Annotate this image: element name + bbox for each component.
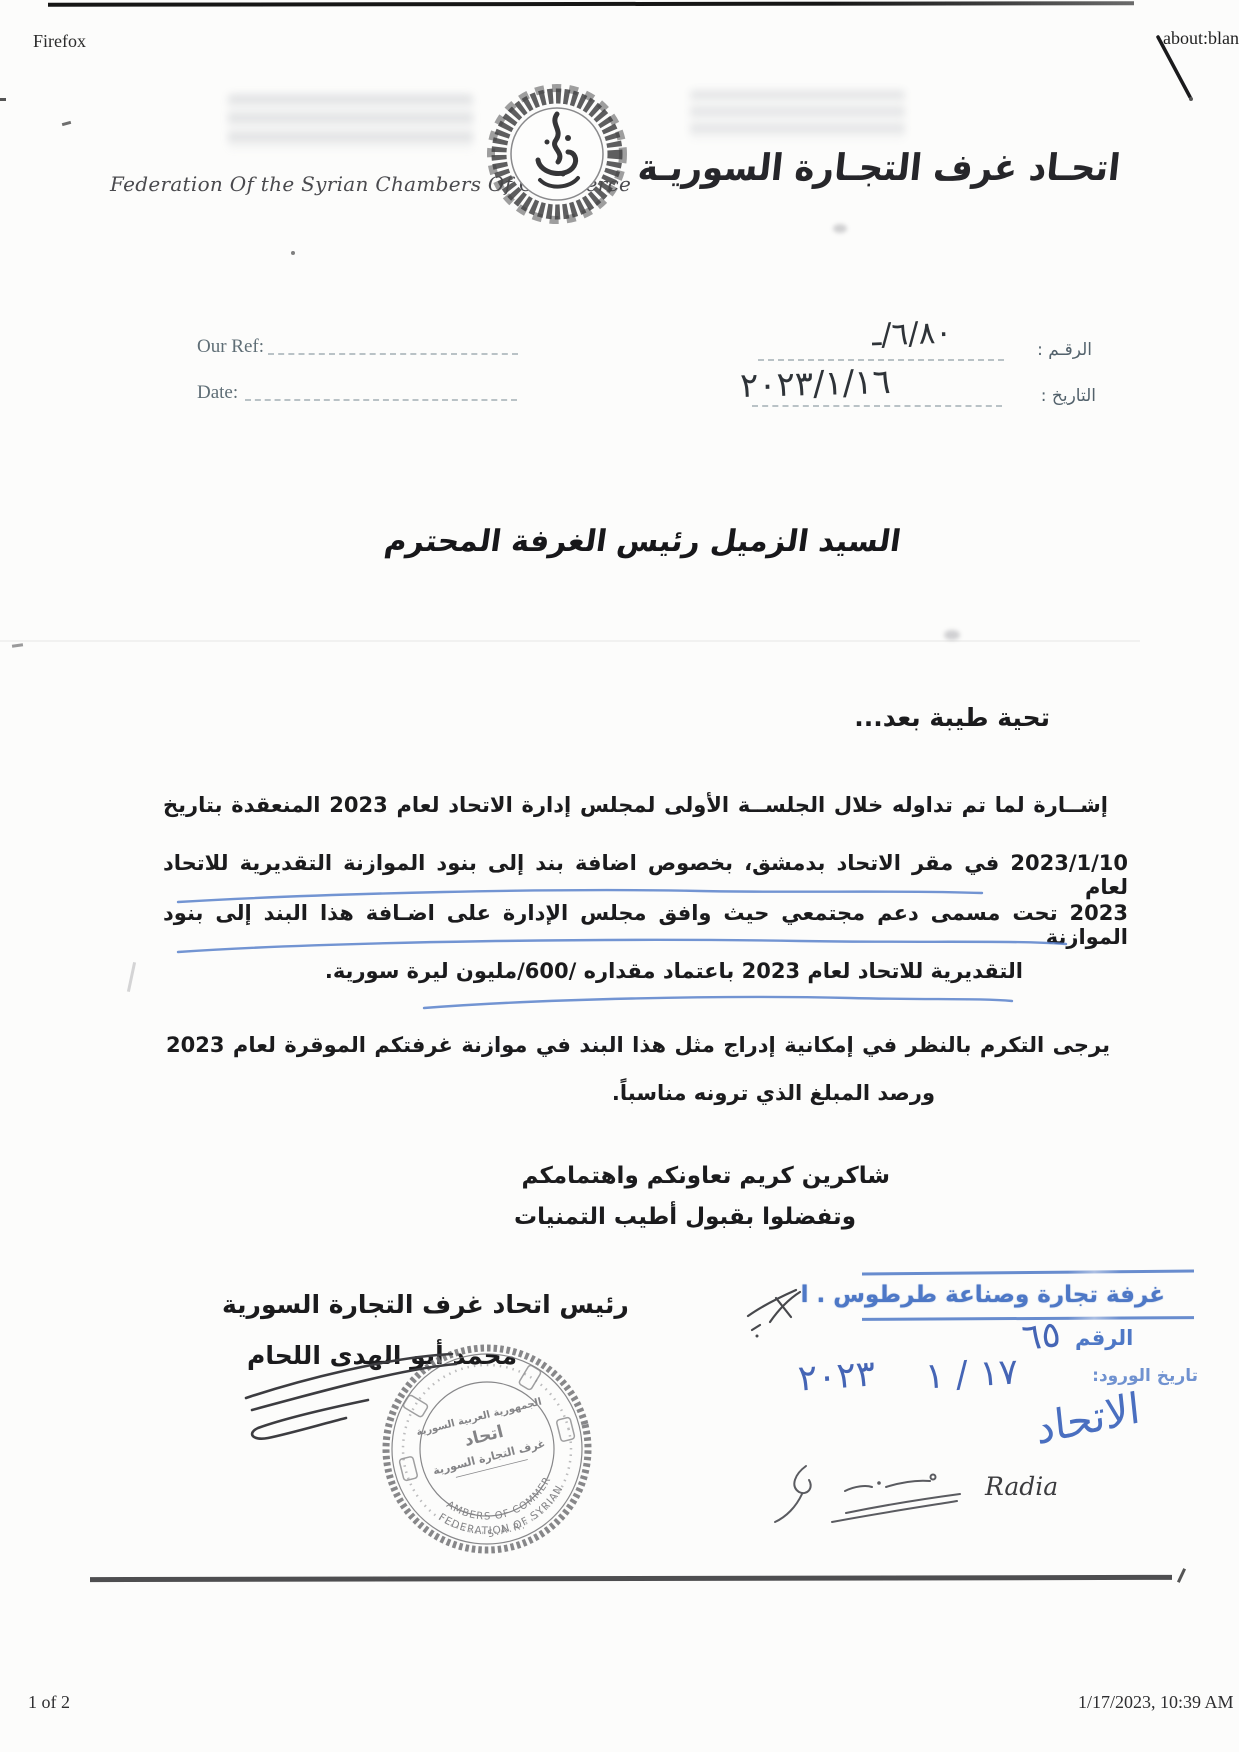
tarikh-label: التاريخ : [1008, 386, 1096, 406]
para1-line1: إشــارة لما تم تداوله خلال الجلســة الأو… [163, 793, 1128, 817]
clerk-signature [775, 1466, 960, 1522]
stamp-top-rule [862, 1270, 1194, 1276]
date-label: Date: [197, 382, 238, 404]
ink-dot-artifact [291, 251, 295, 255]
footer-rule [90, 1575, 1172, 1582]
stamp-clerk-name: Radia [985, 1472, 1058, 1501]
margin-dash-top [62, 121, 71, 126]
scan-edge-line [48, 1, 1134, 6]
footer-rule-tick [1177, 1568, 1186, 1583]
stamp-date-day-handwritten: ١ / ١٧ [924, 1352, 1019, 1398]
seal-arabic-federation: اتحاد [462, 1422, 505, 1451]
pencil-mark-left-margin [127, 962, 136, 992]
date-blank-line [245, 398, 517, 401]
fold-crease-line [0, 640, 1140, 642]
para1-line4: التقديرية للاتحاد لعام 2023 باعتماد مقدا… [325, 959, 1023, 983]
print-header-url: about:blank [1163, 28, 1239, 49]
para2-line2: ورصد المبلغ الذي ترونه مناسباً. [612, 1081, 935, 1105]
letterhead-arabic-name: اتحـاد غرف التجـارة السوريـة [693, 146, 1123, 189]
ref-date-handwritten: ٢٠٢٣/١/١٦ [740, 362, 892, 406]
signature-title: رئيس اتحاد غرف التجارة السورية [222, 1290, 629, 1319]
stamp-number-label: الرقم [1075, 1326, 1133, 1350]
stamp-date-year-handwritten: ٢٠٢٣ [797, 1353, 877, 1399]
showthrough-smudge-left [228, 94, 473, 150]
our-ref-label: Our Ref: [197, 336, 264, 358]
print-header-title: Firefox [33, 31, 86, 52]
check-scribble [748, 1290, 800, 1338]
stamp-organization: غرفة تجارة وصناعة طرطوس . ا [865, 1282, 1165, 1308]
showthrough-smudge-right [690, 90, 905, 140]
greeting-line: تحية طيبة بعد... [854, 703, 1050, 732]
para1-line2: 2023/1/10 في مقر الاتحاد بدمشق، بخصوص اض… [163, 851, 1128, 899]
para1-line3: 2023 تحت مسمى دعم مجتمعي حيث وافق مجلس ا… [163, 901, 1128, 949]
para2-line1: يرجى التكرم بالنظر في إمكانية إدراج مثل … [166, 1033, 1126, 1057]
our-ref-blank-line [268, 352, 518, 355]
smudge-above-ref [833, 224, 847, 233]
scanned-letter-page: { "browser": { "app_name": "Firefox", "p… [0, 0, 1239, 1752]
stamp-date-label: تاريخ الورود: [1058, 1366, 1198, 1386]
margin-dash-middle [12, 643, 23, 648]
raqam-label: الرقـم : [1008, 340, 1092, 360]
closing-line1: شاكرين كريم تعاونكم واهتمامكم [522, 1163, 890, 1189]
letterhead-english-name: Federation Of the Syrian Chambers Of Com… [110, 172, 505, 196]
edge-dash [0, 98, 6, 101]
closing-line2: وتفضلوا بقبول أطيب التمنيات [514, 1204, 856, 1230]
addressee-title: السيد الزميل رئيس الغرفة المحترم [383, 524, 904, 559]
stamp-number-handwritten: ٦٥ [1020, 1314, 1063, 1359]
footer-page-indicator: 1 of 2 [28, 1692, 70, 1713]
smudge-right-middle [944, 630, 960, 640]
official-round-seal: الجمهورية العربية السورية اتحاد غرف التج… [372, 1337, 602, 1563]
footer-print-timestamp: 1/17/2023, 10:39 AM [1078, 1692, 1234, 1713]
federation-logo [480, 82, 635, 237]
stamp-routing-note-handwritten: الاتحاد [1034, 1383, 1143, 1454]
ref-number-handwritten: ـ/٦/٨٠ [871, 315, 952, 354]
raqam-blank-line [758, 358, 1004, 361]
